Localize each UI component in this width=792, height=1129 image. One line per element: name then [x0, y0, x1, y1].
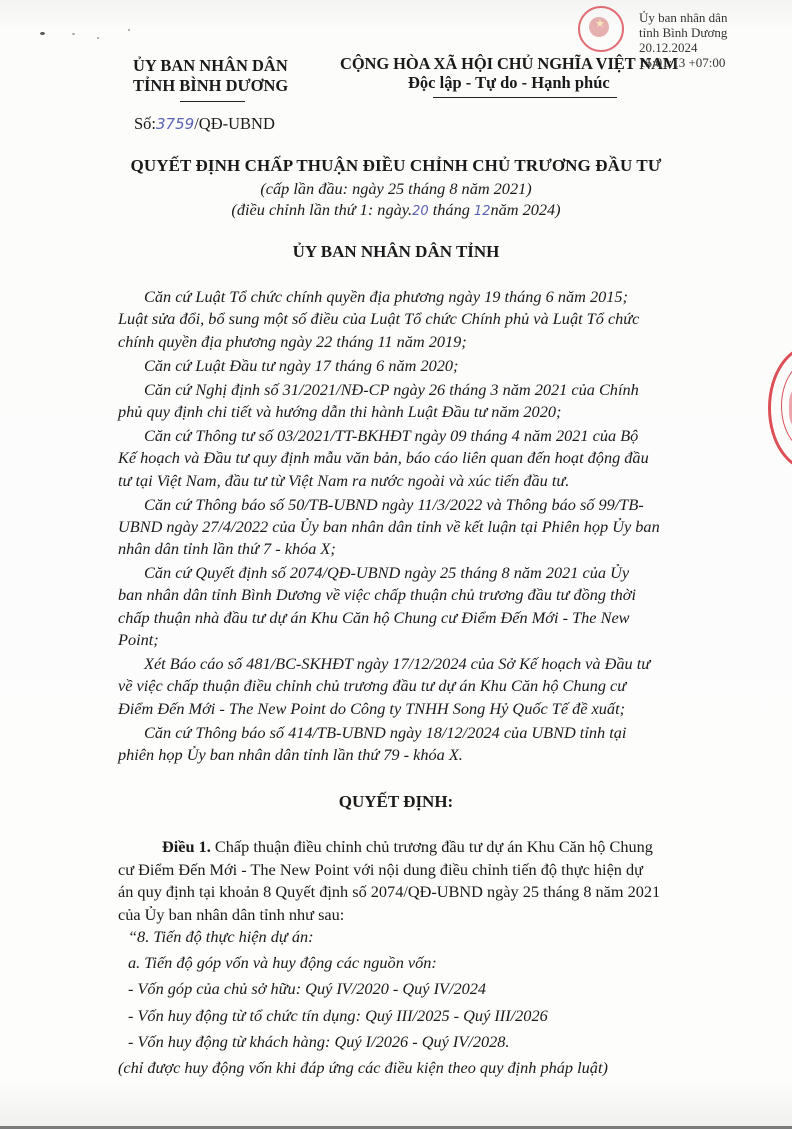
digital-seal-icon: ★ [578, 6, 624, 52]
article-1-line: Điều 1. Chấp thuận điều chỉnh chủ trương… [162, 836, 653, 857]
quoted-clause-line: - Vốn huy động từ khách hàng: Quý I/2026… [128, 1031, 509, 1052]
preamble-line: tư tại Việt Nam, đầu tư từ Việt Nam ra n… [118, 470, 569, 491]
preamble-line: về việc chấp thuận điều chỉnh chủ trương… [118, 675, 626, 696]
preamble-line: Căn cứ Luật Tổ chức chính quyền địa phươ… [144, 286, 628, 307]
quoted-clause-line: (chỉ được huy động vốn khi đáp ứng các đ… [118, 1057, 608, 1078]
preamble-line: ban nhân dân tỉnh Bình Dương về việc chấ… [118, 584, 636, 605]
preamble-line: chính quyền địa phương ngày 22 tháng 11 … [118, 331, 467, 352]
signature-time: 15:01:13 +07:00 [639, 56, 725, 70]
decision-heading: QUYẾT ĐỊNH: [0, 792, 792, 812]
preamble-line: Luật sửa đổi, bổ sung một số điều của Lu… [118, 308, 639, 329]
signature-signer-line1: Ủy ban nhân dân [639, 11, 727, 25]
article-1-label: Điều 1. [162, 837, 211, 856]
agency-name-line2: TỈNH BÌNH DƯƠNG [133, 76, 288, 96]
preamble-line: Căn cứ Nghị định số 31/2021/NĐ-CP ngày 2… [144, 379, 639, 400]
article-1-text: Chấp thuận điều chỉnh chủ trương đầu tư … [211, 837, 653, 856]
scan-speck [40, 32, 45, 35]
preamble-line: Căn cứ Thông báo số 50/TB-UBND ngày 11/3… [144, 494, 644, 515]
scan-speck [72, 33, 75, 35]
article-1-line: án quy định tại khoản 8 Quyết định số 20… [118, 881, 660, 902]
quoted-clause-line: - Vốn huy động từ tổ chức tín dụng: Quý … [128, 1005, 548, 1026]
document-number: Số:3759/QĐ-UBND [134, 114, 275, 134]
preamble-line: Căn cứ Thông tư số 03/2021/TT-BKHĐT ngày… [144, 425, 638, 446]
preamble-line: phiên họp Ủy ban nhân dân tỉnh lần thứ 7… [118, 744, 463, 765]
national-motto: Độc lập - Tự do - Hạnh phúc [408, 73, 610, 93]
article-1-line: của Ủy ban nhân dân tỉnh như sau: [118, 904, 344, 925]
handwritten-month: 12 [474, 204, 491, 219]
scan-speck [97, 37, 99, 39]
signature-signer-line2: tỉnh Bình Dương [639, 26, 727, 40]
preamble-line: Kế hoạch và Đầu tư quy định mẫu văn bản,… [118, 447, 649, 468]
amendment-text-a: (điều chỉnh lần thứ 1: ngày. [231, 200, 412, 219]
article-1-line: cư Điểm Đến Mới - The New Point với nội … [118, 859, 643, 880]
handwritten-number: 3759 [156, 115, 194, 133]
preamble-line: Point; [118, 629, 159, 650]
preamble-line: Xét Báo cáo số 481/BC-SKHĐT ngày 17/12/2… [144, 653, 650, 674]
agency-underline [180, 101, 245, 102]
quoted-clause-line: “8. Tiến độ thực hiện dự án: [128, 926, 314, 947]
national-title: CỘNG HÒA XÃ HỘI CHỦ NGHĨA VIỆT NAM [340, 54, 678, 74]
amendment-text-b: tháng [429, 200, 474, 219]
preamble-line: UBND ngày 27/4/2022 của Ủy ban nhân dân … [118, 516, 660, 537]
handwritten-day: 20 [412, 204, 429, 219]
decision-title: QUYẾT ĐỊNH CHẤP THUẬN ĐIỀU CHỈNH CHỦ TRƯ… [0, 156, 792, 176]
quoted-clause-line: - Vốn góp của chủ sở hữu: Quý IV/2020 - … [128, 978, 486, 999]
preamble-line: phủ quy định chi tiết và hướng dẫn thi h… [118, 401, 561, 422]
original-issue-date: (cấp lần đầu: ngày 25 tháng 8 năm 2021) [0, 179, 792, 199]
number-suffix: /QĐ-UBND [194, 114, 275, 133]
amendment-text-c: năm 2024) [490, 200, 560, 219]
document-page: ỦY BAN NHÂN DÂN TỈNH BÌNH DƯƠNG Số:3759/… [0, 0, 792, 1129]
preamble-line: chấp thuận nhà đầu tư dự án Khu Căn hộ C… [118, 607, 630, 628]
issuing-authority: ỦY BAN NHÂN DÂN TỈNH [0, 242, 792, 262]
agency-name-line1: ỦY BAN NHÂN DÂN [133, 56, 288, 76]
preamble-line: Căn cứ Luật Đầu tư ngày 17 tháng 6 năm 2… [144, 355, 458, 376]
official-red-seal-icon [768, 345, 792, 471]
number-prefix: Số: [134, 114, 156, 133]
preamble-line: Điểm Đến Mới - The New Point do Công ty … [118, 698, 625, 719]
preamble-line: nhân dân tỉnh lần thứ 7 - khóa X; [118, 538, 336, 559]
motto-underline [433, 97, 617, 98]
quoted-clause-line: a. Tiến độ góp vốn và huy động các nguồn… [128, 952, 437, 973]
preamble-line: Căn cứ Quyết định số 2074/QĐ-UBND ngày 2… [144, 562, 629, 583]
scan-speck [128, 29, 130, 31]
amendment-date: (điều chỉnh lần thứ 1: ngày.20 tháng 12n… [0, 200, 792, 220]
preamble-line: Căn cứ Thông báo số 414/TB-UBND ngày 18/… [144, 722, 626, 743]
signature-date: 20.12.2024 [639, 41, 698, 55]
